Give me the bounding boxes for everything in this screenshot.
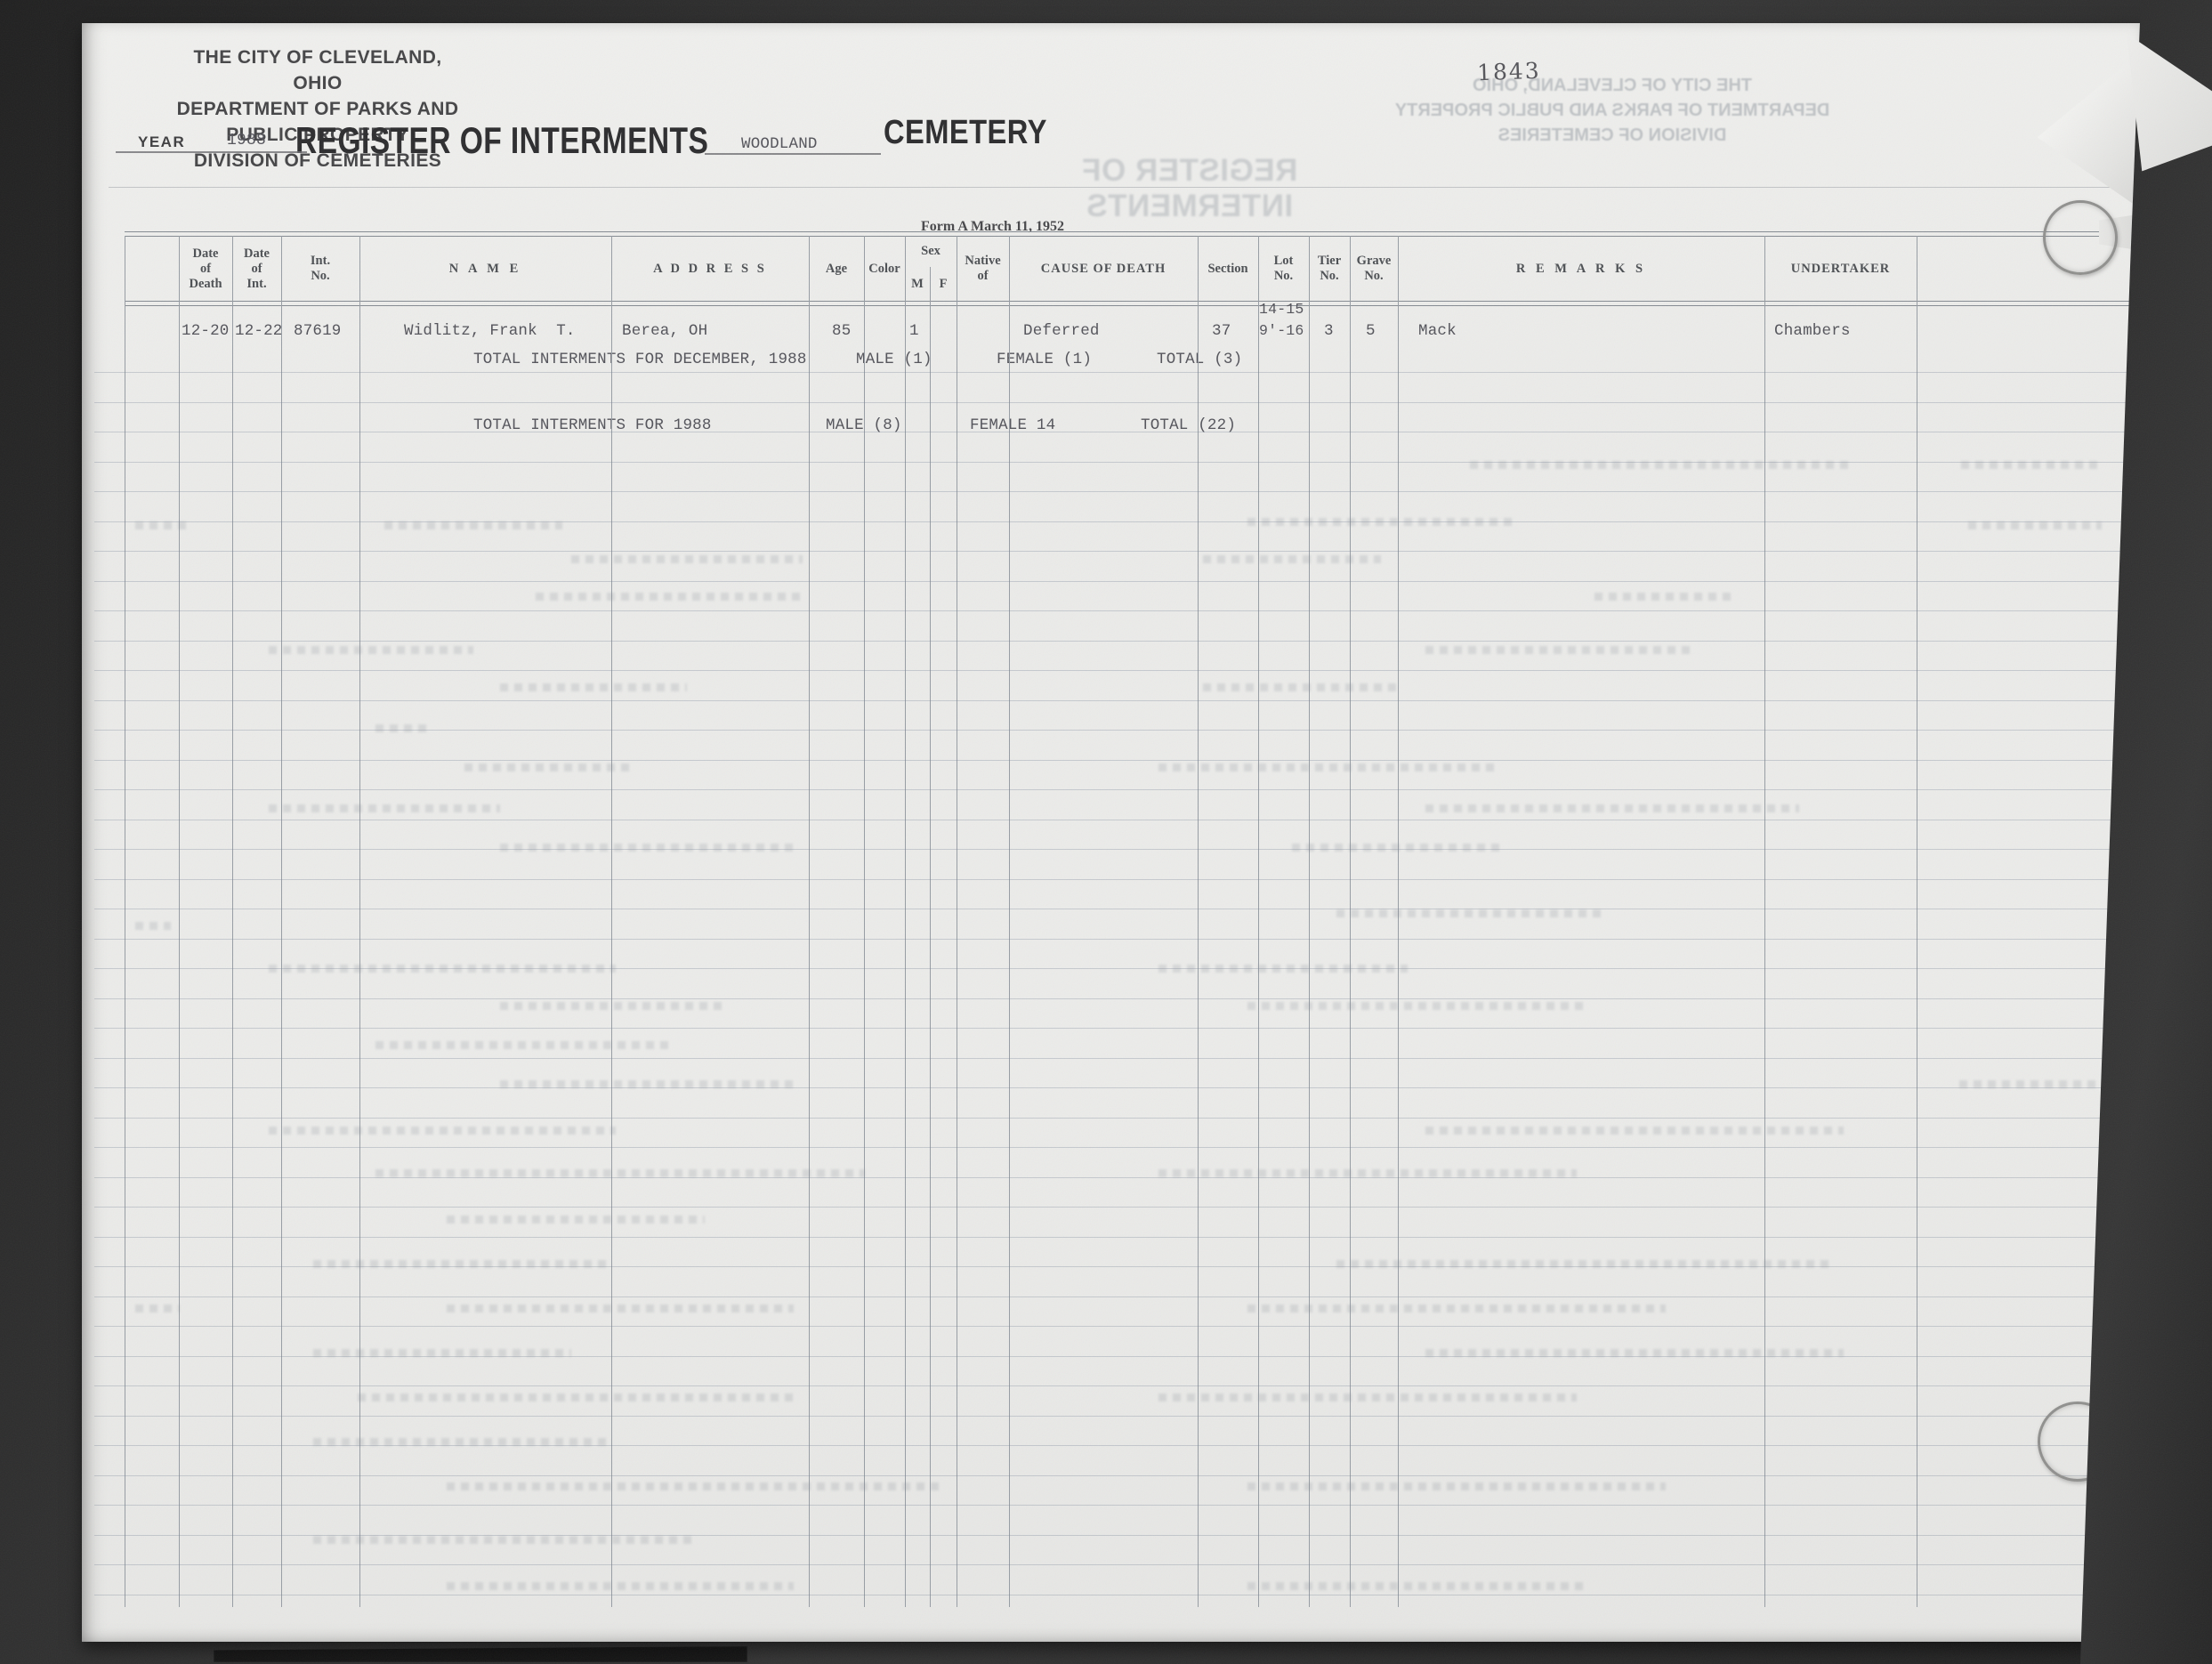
entry-tier-no: 3 (1324, 322, 1334, 340)
bleed-through-smudge (1203, 555, 1381, 563)
col-header-remarks: R E M A R K S (1398, 238, 1764, 300)
column-line (281, 236, 282, 1607)
col-header-grave-no: Grave No. (1350, 238, 1398, 300)
bleed-through-smudge (1961, 461, 2103, 469)
col-header-date-of-int: Date of Int. (232, 238, 281, 300)
cemetery-label: CEMETERY (884, 114, 1047, 152)
ledger-rule (94, 1147, 2144, 1148)
bleed-through-smudge (313, 1260, 607, 1268)
ledger-rule (94, 789, 2144, 790)
bleed-through-smudge (1336, 909, 1603, 917)
bleed-through-smudge (135, 521, 189, 529)
ledger-rule (94, 372, 2144, 373)
ledger-rule (94, 581, 2144, 582)
ledger-rule (94, 1237, 2144, 1238)
header-bottom-border (125, 301, 2144, 302)
col-header-section: Section (1198, 238, 1258, 300)
bleed-through-smudge (1968, 521, 2102, 529)
ledger-rule (94, 909, 2144, 909)
year-value: 1988 (227, 132, 266, 149)
bleed-through-smudge (447, 1482, 945, 1490)
bleed-through-title: REGISTER OF INTERMENTS (976, 153, 1403, 224)
bleed-through-smudge (500, 1002, 723, 1010)
column-line (1009, 236, 1010, 1607)
bleed-through-smudge (269, 804, 500, 812)
ledger-rule (94, 1028, 2144, 1029)
bleed-through-smudge (269, 965, 616, 973)
bleed-through-smudge (1425, 646, 1692, 654)
ledger-rule (94, 641, 2144, 642)
bleed-through-smudge (1425, 1349, 1844, 1357)
bleed-through-smudge (571, 555, 803, 563)
ledger-rule (94, 1326, 2144, 1327)
bleed-through-smudge (1594, 593, 1737, 601)
page-bottom-shadow (214, 1646, 747, 1662)
column-line (905, 236, 906, 1607)
column-line (957, 236, 957, 1607)
ledger-rule (94, 1058, 2144, 1059)
bleed-through-smudge (500, 844, 794, 852)
ledger-rule (94, 551, 2144, 552)
column-line (125, 236, 125, 1607)
bleed-through-smudge (1158, 1393, 1577, 1401)
scanned-register-page: THE CITY OF CLEVELAND, OHIO DEPARTMENT O… (0, 0, 2212, 1664)
column-line (232, 236, 233, 1607)
bleed-org-line1: THE CITY OF CLEVELAND, OHIO (1376, 73, 1848, 98)
column-line (179, 236, 180, 1607)
col-header-name: N A M E (359, 238, 611, 300)
entry-cause-of-death: Deferred (1023, 322, 1100, 340)
bleed-through-smudge (1247, 1482, 1666, 1490)
ledger-rule (94, 849, 2144, 850)
col-header-tier-no: Tier No. (1309, 238, 1350, 300)
ledger-rule (94, 402, 2144, 403)
bleed-through-smudge (536, 593, 803, 601)
year-label: YEAR (138, 133, 185, 151)
org-line1: THE CITY OF CLEVELAND, OHIO (166, 44, 469, 96)
bleed-through-smudge (375, 1041, 669, 1049)
bleed-through-smudge (1470, 461, 1853, 469)
column-line (1917, 236, 1917, 1607)
ledger-rule (94, 1416, 2144, 1417)
column-line (809, 236, 810, 1607)
bleed-through-smudge (1158, 1169, 1577, 1177)
entry-address: Berea, OH (622, 322, 707, 340)
register-title: REGISTER OF INTERMENTS (295, 119, 708, 162)
col-header-native-of: Native of (957, 238, 1009, 300)
col-header-lot-no: Lot No. (1258, 238, 1309, 300)
bleed-through-smudge (1158, 965, 1408, 973)
col-header-date-of-death: Date of Death (179, 238, 232, 300)
col-header-sex: Sex (905, 239, 957, 263)
ledger-rule (94, 879, 2144, 880)
summary-dec-label: TOTAL INTERMENTS FOR DECEMBER, 1988 (473, 351, 807, 368)
ledger-rule (94, 1118, 2144, 1119)
entry-age: 85 (832, 322, 851, 340)
cemetery-name: WOODLAND (741, 135, 818, 153)
bleed-through-smudge (447, 1216, 705, 1224)
col-header-sex-m: M (905, 269, 930, 299)
header-rule (109, 187, 2144, 188)
bleed-through-smudge (1336, 1260, 1835, 1268)
bleed-through-letterhead: THE CITY OF CLEVELAND, OHIO DEPARTMENT O… (1376, 73, 1848, 148)
table-top-border-inner (125, 236, 2144, 237)
col-header-undertaker: UNDERTAKER (1764, 238, 1917, 300)
bleed-through-smudge (1292, 844, 1506, 852)
bleed-through-smudge (269, 646, 473, 654)
column-line (1764, 236, 1765, 1607)
entry-grave-no: 5 (1366, 322, 1376, 340)
bleed-through-smudge (375, 724, 429, 732)
bleed-through-smudge (500, 1080, 794, 1088)
bleed-through-smudge (1247, 1305, 1666, 1313)
entry-name: Widlitz, Frank T. (404, 322, 576, 340)
bleed-through-smudge (1247, 1002, 1586, 1010)
bleed-through-smudge (269, 1127, 616, 1135)
bleed-through-smudge (1158, 763, 1497, 771)
sex-mf-divider-line (930, 267, 931, 1607)
bleed-through-smudge (384, 521, 562, 529)
col-header-address: A D D R E S S (611, 238, 809, 300)
entry-int-no: 87619 (294, 322, 342, 340)
bleed-org-line3: DIVISION OF CEMETERIES (1376, 123, 1848, 148)
ledger-rule (94, 1595, 2144, 1595)
entry-section: 37 (1212, 322, 1231, 340)
bleed-through-smudge (135, 922, 171, 930)
ledger-rule (94, 760, 2144, 761)
year-underline (116, 151, 307, 153)
ledger-rule (94, 700, 2144, 701)
entry-lot-no-line1: 14-15 (1259, 301, 1304, 318)
bleed-through-smudge (313, 1349, 571, 1357)
ledger-rule (94, 1564, 2144, 1565)
ledger-rule (94, 491, 2144, 492)
bleed-through-smudge (500, 683, 687, 691)
entry-lot-no-line2: 9'-16 (1259, 322, 1304, 339)
bleed-through-smudge (1959, 1080, 2111, 1088)
entry-date-of-int: 12-22 (235, 322, 283, 340)
ledger-rule (94, 1475, 2144, 1476)
register-paper-sheet: THE CITY OF CLEVELAND, OHIO DEPARTMENT O… (82, 23, 2146, 1642)
ledger-rule (94, 1505, 2144, 1506)
summary-dec-male: MALE (1) (856, 351, 932, 368)
table-top-border (125, 231, 2144, 232)
ledger-rule (94, 432, 2144, 432)
bleed-through-smudge (313, 1536, 696, 1544)
bleed-through-smudge (1247, 518, 1514, 526)
col-header-sex-f: F (930, 269, 957, 299)
bleed-through-smudge (1203, 683, 1399, 691)
folded-corner (2035, 52, 2146, 216)
col-header-age: Age (809, 238, 864, 300)
ledger-rule (94, 820, 2144, 820)
summary-dec-female: FEMALE (1) (997, 351, 1092, 368)
col-header-cause-of-death: CAUSE OF DEATH (1009, 238, 1198, 300)
entry-sex-m: 1 (909, 322, 919, 340)
cemetery-underline (705, 153, 881, 155)
bleed-through-smudge (1247, 1582, 1586, 1590)
bleed-through-smudge (135, 1305, 180, 1313)
bleed-through-smudge (375, 1169, 865, 1177)
bleed-through-smudge (358, 1393, 794, 1401)
summary-dec-total: TOTAL (3) (1157, 351, 1242, 368)
bleed-through-smudge (1425, 1127, 1844, 1135)
bleed-through-smudge (1425, 804, 1799, 812)
bleed-through-smudge (447, 1582, 794, 1590)
ledger-rule (94, 610, 2144, 611)
handwritten-page-number: 1843 (1477, 58, 1542, 85)
binder-ring-top (2043, 200, 2118, 275)
col-header-color: Color (864, 238, 905, 300)
column-line (864, 236, 865, 1607)
entry-remarks: Mack (1418, 322, 1457, 340)
bleed-through-smudge (313, 1438, 607, 1446)
entry-date-of-death: 12-20 (182, 322, 230, 340)
ledger-rule (94, 1296, 2144, 1297)
col-header-int-no: Int. No. (281, 238, 359, 300)
ledger-rule (94, 939, 2144, 940)
bleed-through-smudge (464, 763, 634, 771)
bleed-through-smudge (447, 1305, 794, 1313)
ledger-rule (94, 998, 2144, 999)
ledger-rule (94, 1087, 2144, 1088)
header-bottom-border-inner (125, 305, 2144, 306)
entry-undertaker: Chambers (1774, 322, 1851, 340)
ledger-rule (94, 1385, 2144, 1386)
ledger-rule (94, 670, 2144, 671)
ledger-rule (94, 1207, 2144, 1208)
bleed-org-line2: DEPARTMENT OF PARKS AND PUBLIC PROPERTY (1376, 98, 1848, 123)
